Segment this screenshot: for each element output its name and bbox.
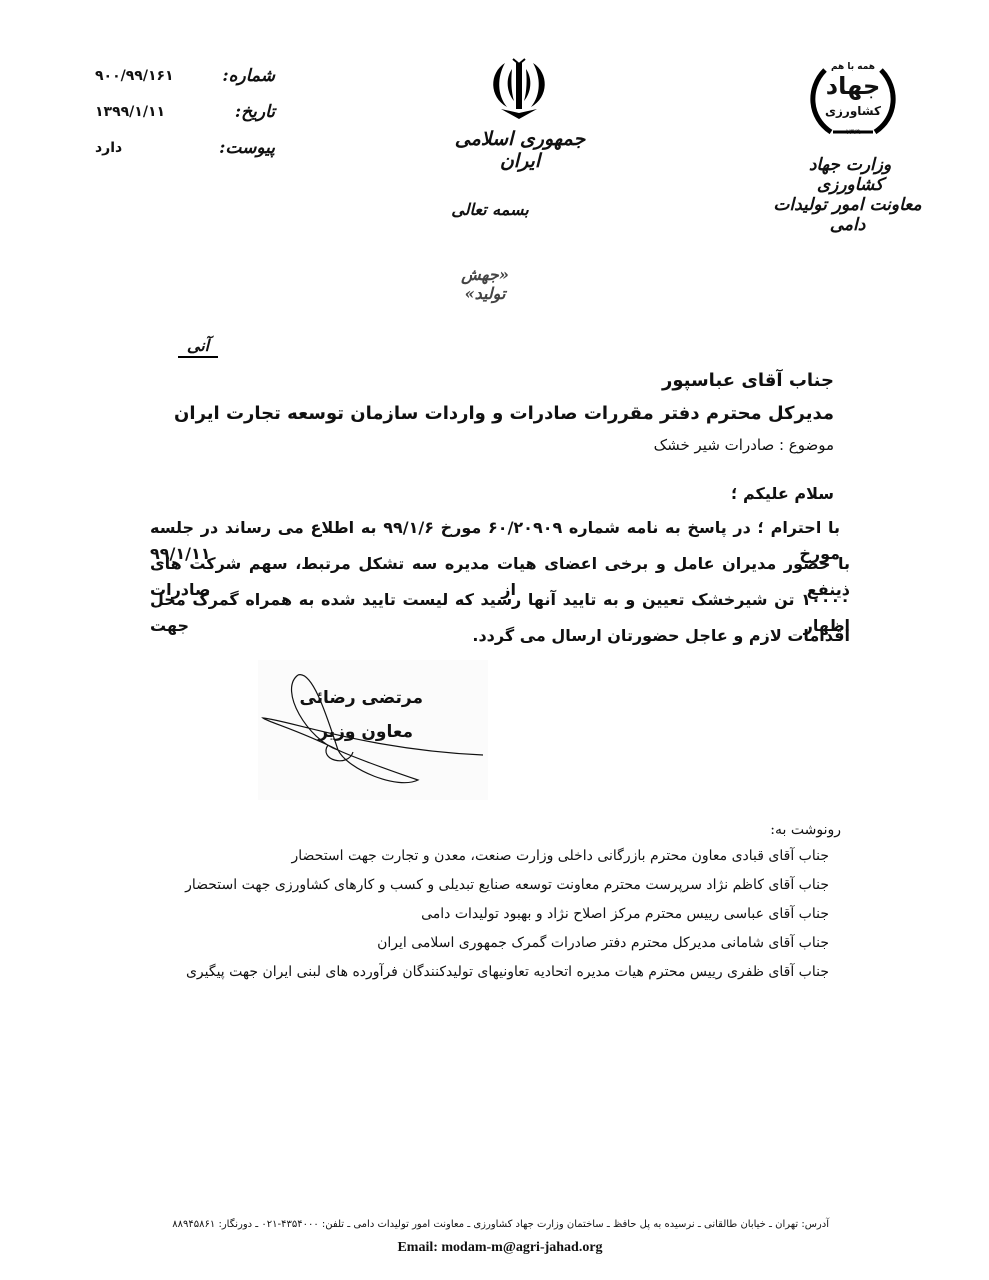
letter-body: با احترام ؛ در پاسخ به نامه شماره ۶۰/۲۰۹…: [150, 515, 850, 659]
logo-year: ۱۳۷۹: [803, 128, 903, 136]
signatory-name: مرتضی رضائی: [299, 688, 423, 708]
attachment-row: پیوست: دارد: [95, 130, 275, 166]
footer-address: آدرس: تهران ـ خیابان طالقانی ـ نرسیده به…: [172, 1219, 829, 1230]
department-name: معاونت امور تولیدات دامی: [760, 195, 935, 235]
signatory-position: معاون وزیر: [318, 722, 413, 742]
classification-mark: آنی: [178, 336, 218, 358]
cc-item: جناب آقای شامانی مدیرکل محترم دفتر صادرا…: [189, 935, 829, 964]
date-row: تاریخ: ۱۳۹۹/۱/۱۱: [95, 94, 275, 130]
ministry-name: وزارت جهاد کشاورزی: [780, 155, 920, 195]
logo-sub-text: کشاورزی: [803, 104, 903, 118]
greeting: سلام علیکم ؛: [731, 484, 834, 503]
cc-item: جناب آقای ظفری رییس محترم هیات مدیره اتح…: [189, 964, 829, 993]
cc-item: جناب آقای کاظم نژاد سرپرست محترم معاونت …: [189, 877, 829, 906]
logo-main-text: جهاد: [803, 72, 903, 100]
cc-item: جناب آقای عباسی رییس محترم مرکز اصلاح نژ…: [189, 906, 829, 935]
letter-meta: شماره: ۹۰۰/۹۹/۱۶۱ تاریخ: ۱۳۹۹/۱/۱۱ پیوست…: [95, 58, 275, 166]
signature-block: مرتضی رضائی معاون وزیر: [258, 660, 488, 800]
number-label: شماره:: [222, 66, 275, 86]
attachment-label: پیوست:: [219, 138, 275, 158]
body-line: با حضور مدیران عامل و برخی اعضای هیات مد…: [150, 551, 850, 587]
country-name: جمهوری اسلامی ایران: [440, 128, 600, 172]
body-line: ۱۰۰۰۰ تن شیرخشک تعیین و به تایید آنها رس…: [150, 587, 850, 623]
letter-subject: موضوع : صادرات شیر خشک: [654, 436, 834, 454]
cc-item: جناب آقای قبادی معاون محترم بازرگانی داخ…: [189, 848, 829, 877]
body-line: با احترام ؛ در پاسخ به نامه شماره ۶۰/۲۰۹…: [150, 515, 850, 551]
recipient-name: جناب آقای عباسپور: [662, 370, 834, 391]
invocation: بسمه تعالی: [450, 200, 530, 219]
date-value: ۱۳۹۹/۱/۱۱: [95, 104, 165, 120]
attachment-value: دارد: [95, 140, 122, 156]
recipient-title: مدیرکل محترم دفتر مقررات صادرات و واردات…: [174, 403, 834, 424]
slogan: «جهش تولید»: [445, 265, 525, 303]
iran-emblem-icon: [483, 55, 555, 121]
number-value: ۹۰۰/۹۹/۱۶۱: [95, 68, 174, 84]
date-label: تاریخ:: [235, 102, 275, 122]
number-row: شماره: ۹۰۰/۹۹/۱۶۱: [95, 58, 275, 94]
footer-email: Email: modam-m@agri-jahad.org: [380, 1240, 620, 1256]
logo-top-text: همه با هم: [803, 62, 903, 72]
jahad-keshavarzi-logo: همه با هم جهاد کشاورزی ۱۳۷۹: [803, 52, 903, 140]
cc-label: رونوشت به:: [770, 822, 841, 838]
cc-list: جناب آقای قبادی معاون محترم بازرگانی داخ…: [189, 848, 829, 993]
